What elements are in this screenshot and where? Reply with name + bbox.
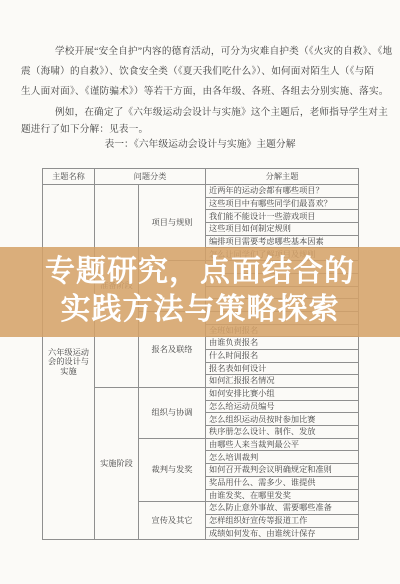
subtopic-cell: 什么时间报名	[206, 349, 359, 362]
paragraph-line: 生人面对面》、《谨防骗术》）等若干方面，由各年级、各班、各组去分别实施、落实。	[21, 83, 389, 97]
subtopic-cell: 如何召开裁判会议明确规定和准则	[206, 464, 359, 477]
subtopic-cell: 由谁发奖、在哪里发奖	[206, 489, 359, 502]
banner-line-1: 专题研究，点面结合的	[45, 253, 355, 291]
table-row: 六年级运动会的设计与实施 准备阶段 项目与规则 近两年的运动会都有哪些项目？	[43, 185, 359, 198]
category-cell: 裁判与发奖	[139, 438, 206, 501]
subtopic-cell: 由哪些人来当裁判最公平	[206, 438, 359, 451]
table-header-row: 主题名称 问题分类 分解主题	[43, 169, 359, 185]
subtopic-cell: 如何安排比赛小组	[206, 388, 359, 401]
subtopic-cell: 怎样组织好宣传等报道工作	[206, 514, 359, 527]
subtopic-cell: 报名表如何设计	[206, 362, 359, 375]
subtopic-cell: 怎么防止意外事故、需要哪些准备	[206, 502, 359, 515]
theme-decomposition-table: 主题名称 问题分类 分解主题 六年级运动会的设计与实施 准备阶段 项目与规则 近…	[42, 168, 359, 540]
subtopic-cell: 这些项目中有哪些同学们最喜欢？	[206, 197, 359, 210]
subtopic-cell: 奖品用什么、需多少、谁提供	[206, 476, 359, 489]
subtopic-cell: 这些项目如何制定规则	[206, 223, 359, 236]
subtopic-cell: 怎么培训裁判	[206, 451, 359, 464]
watermark-banner: 专题研究，点面结合的 实践方法与策略探索	[0, 247, 400, 337]
subtopic-cell: 怎么组织运动员按时参加比赛	[206, 413, 359, 426]
paragraph-line: 例如，在确定了《六年级运动会设计与实施》这个主题后，老师指导学生对主	[55, 104, 388, 118]
banner-line-2: 实践方法与策略探索	[61, 291, 340, 329]
table-caption: 表一：《六年级运动会设计与实施》主题分解	[42, 136, 358, 150]
paragraph-line: 题进行了如下分解：见表一。	[21, 121, 148, 135]
subtopic-cell: 我们能不能设计一些游戏项目	[206, 210, 359, 223]
subtopic-cell: 成绩如何发布、由谁统计保存	[206, 527, 359, 540]
header-subtopics: 分解主题	[206, 169, 359, 185]
document-page: 学校开展“安全自护”内容的德育活动，可分为灾难自护类（《火灾的自救》、《地 震（…	[0, 0, 400, 584]
subtopic-cell: 由谁负责报名	[206, 337, 359, 350]
category-cell: 宣传及其它	[139, 502, 206, 540]
subtopic-cell: 秩序册怎么设计、制作、发放	[206, 426, 359, 439]
header-problem-category: 问题分类	[95, 169, 206, 185]
theme-name-cell: 六年级运动会的设计与实施	[43, 185, 95, 540]
subtopic-cell: 近两年的运动会都有哪些项目？	[206, 185, 359, 198]
paragraph-line: 学校开展“安全自护”内容的德育活动，可分为灾难自护类（《火灾的自救》、《地	[55, 43, 392, 57]
paragraph-line: 震（海啸）的自救》）、饮食安全类（《夏天我们吃什么》）、如何面对陌生人（《与陌	[21, 63, 374, 77]
stage-cell-implementation: 实施阶段	[95, 388, 139, 540]
category-cell: 组织与协调	[139, 388, 206, 439]
header-theme-name: 主题名称	[43, 169, 95, 185]
subtopic-cell: 如何汇报报名情况	[206, 375, 359, 388]
subtopic-cell: 怎么给运动员编号	[206, 400, 359, 413]
